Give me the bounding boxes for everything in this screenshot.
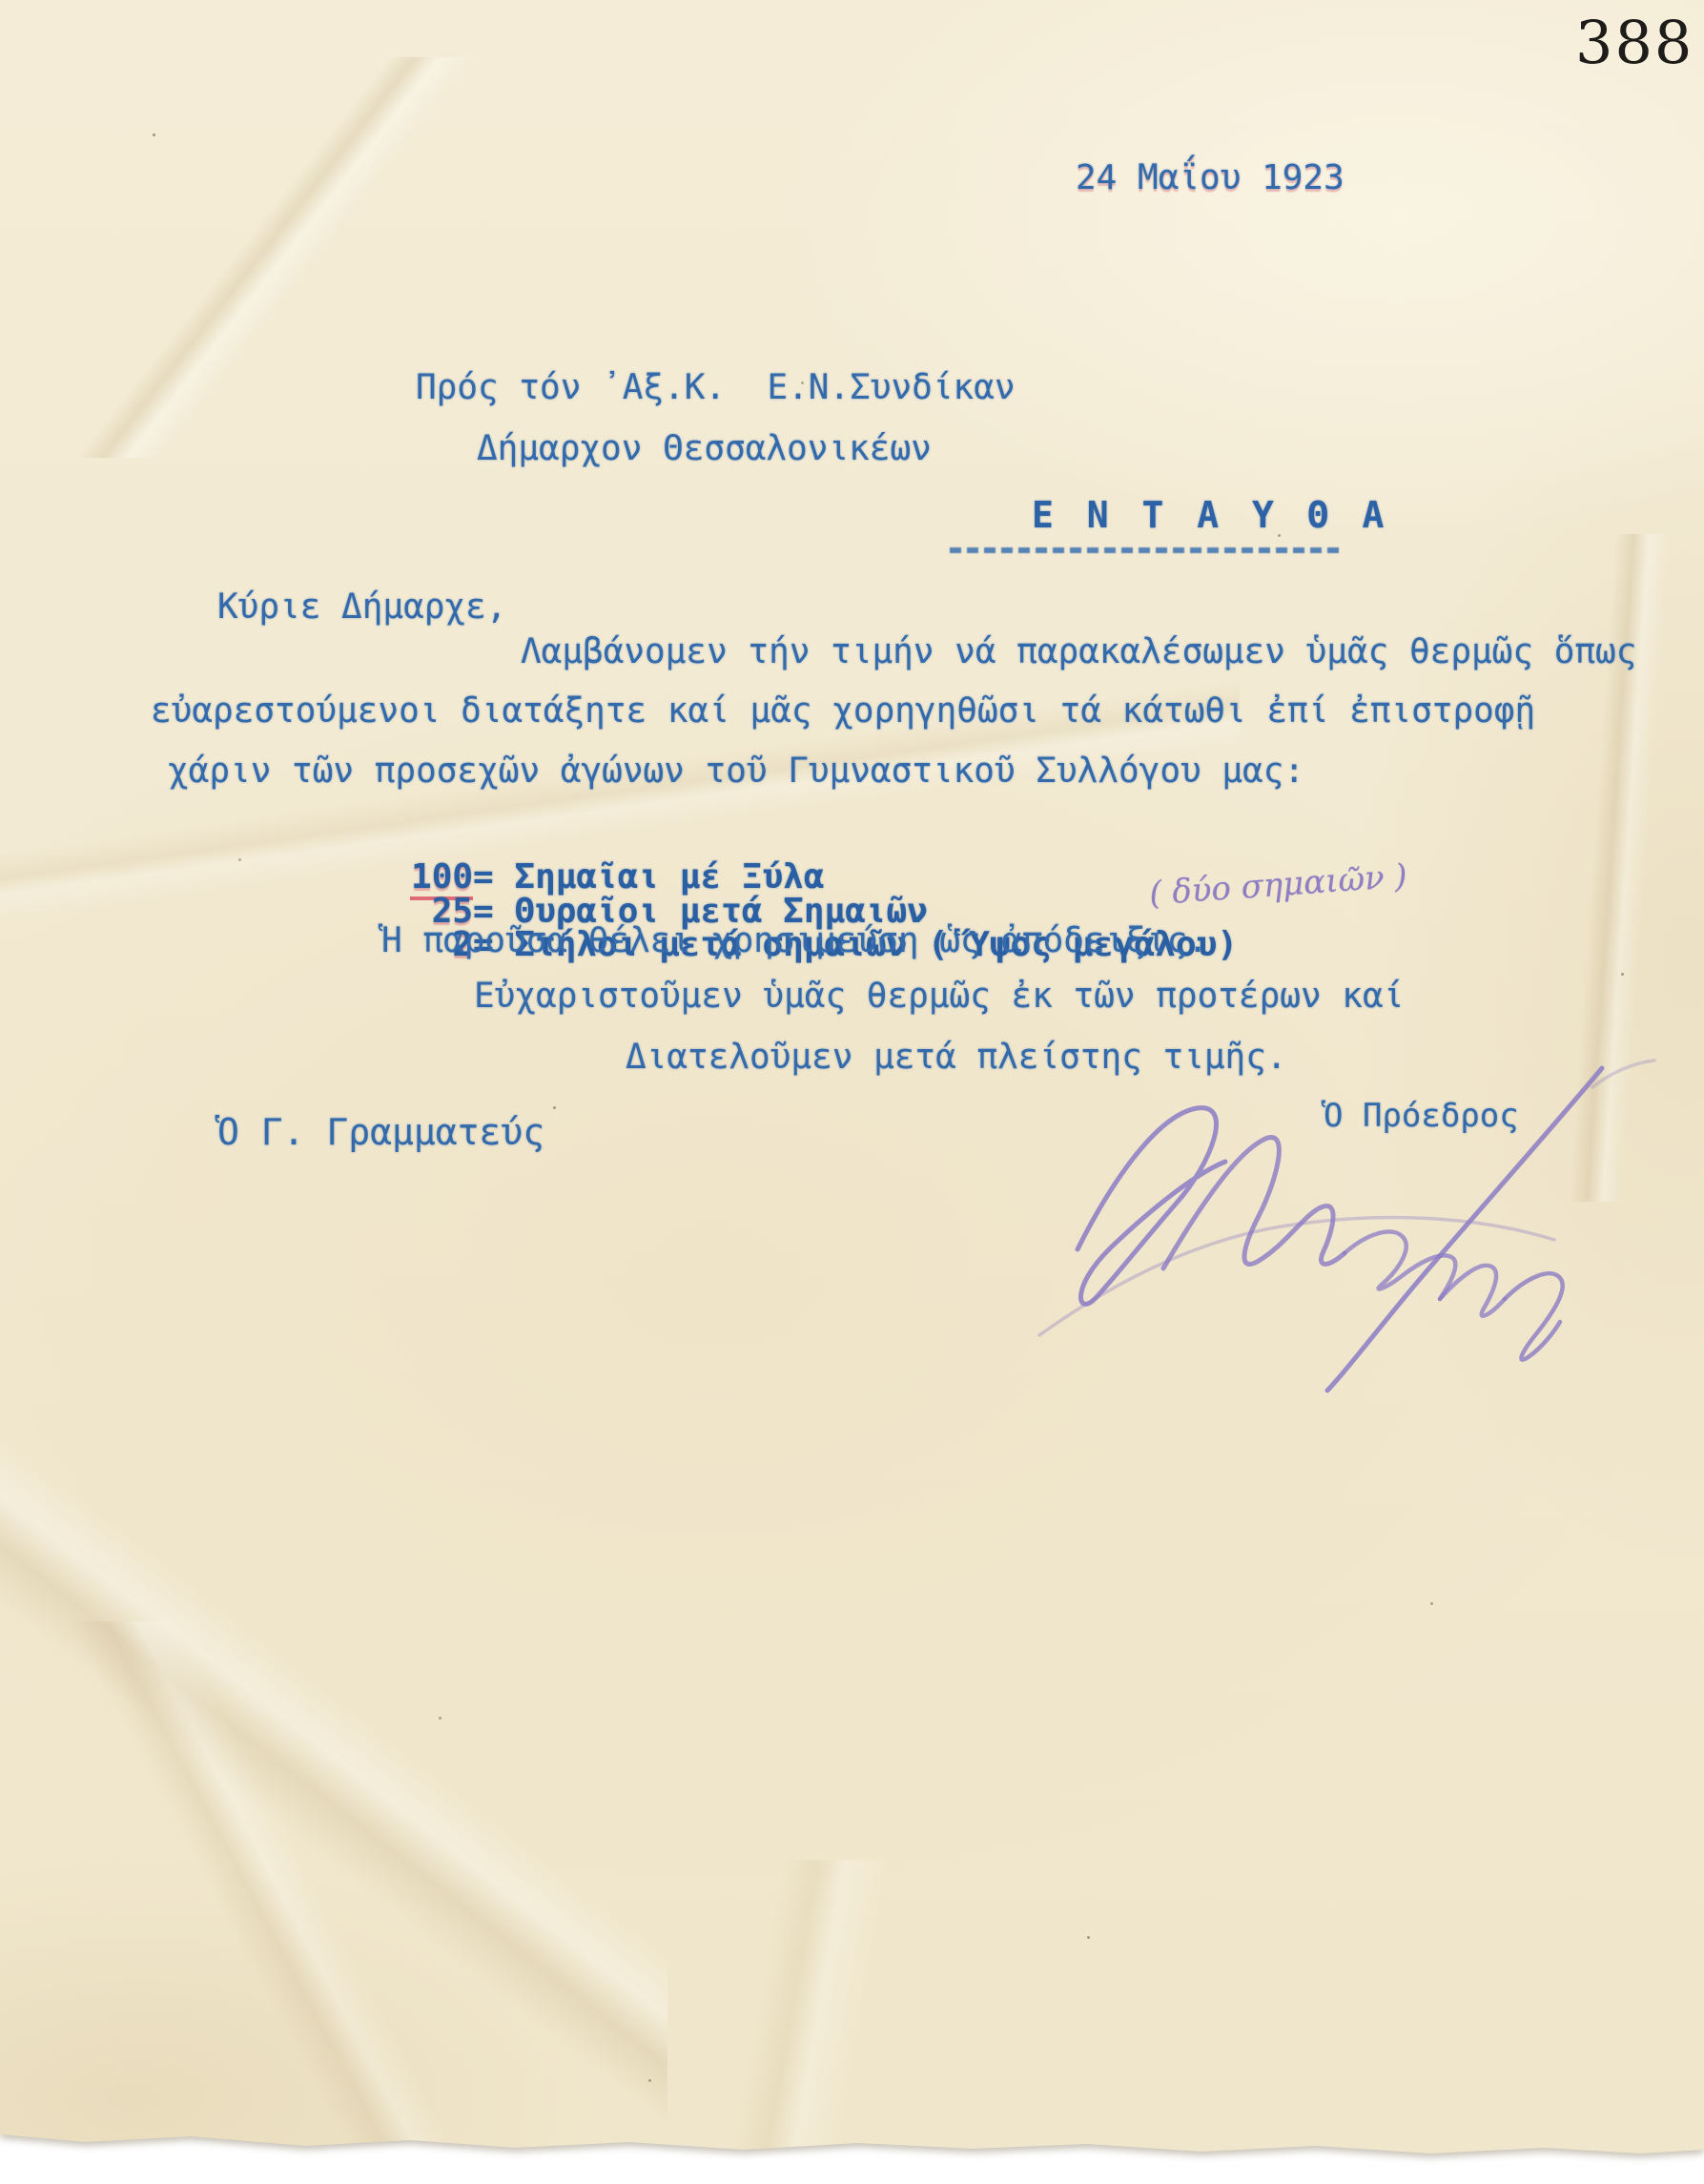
paper-crease-bottom-left-2 <box>0 1621 496 2155</box>
location-heading: Ε Ν Τ Α Υ Θ Α <box>1032 494 1389 536</box>
president-signature <box>1020 1049 1669 1402</box>
letter-date: 24 Μαΐου 1923 <box>1076 158 1345 197</box>
thanks-line: Εὐχαριστοῦμεν ὑμᾶς θερμῶς ἐκ τῶν προτέρω… <box>474 977 1404 1016</box>
secretary-title: Ὁ Γ. Γραμματεύς <box>217 1111 544 1153</box>
paper-crease-bottom-left-1 <box>0 1431 667 2155</box>
body-line-2: εὐαρεστούμενοι διατάξητε καί μᾶς χορηγηθ… <box>151 691 1535 731</box>
location-heading-underline <box>950 547 1339 553</box>
recipient-line-1: Πρός τόν ᾿Αξ.Κ. Ε.Ν.Συνδίκαν <box>416 368 1016 407</box>
salutation: Κύριε Δήμαρχε, <box>217 587 506 627</box>
body-line-1: Λαμβάνομεν τήν τιμήν νά παρακαλέσωμεν ὑμ… <box>521 632 1636 671</box>
receipt-line: Ἡ παροῦσα θέλει χρησιμεύση ὡς ἀπόδειξις. <box>381 921 1208 960</box>
paper-specks <box>153 134 155 136</box>
scanned-letter-page: 388 24 Μαΐου 1923 Πρός τόν ᾿Αξ.Κ. Ε.Ν.Συ… <box>0 0 1704 2184</box>
recipient-line-2: Δήμαρχον Θεσσαλονικέων <box>477 429 932 468</box>
body-line-3: χάριν τῶν προσεχῶν ἀγώνων τοῦ Γυμναστικο… <box>168 752 1304 791</box>
folio-number: 388 <box>1575 8 1694 77</box>
handwritten-annotation: ( δύο σημαιῶν ) <box>1148 857 1408 914</box>
paper-crease-bottom <box>362 1860 1221 2165</box>
paper-background: 388 24 Μαΐου 1923 Πρός τόν ᾿Αξ.Κ. Ε.Ν.Συ… <box>0 0 1704 2184</box>
